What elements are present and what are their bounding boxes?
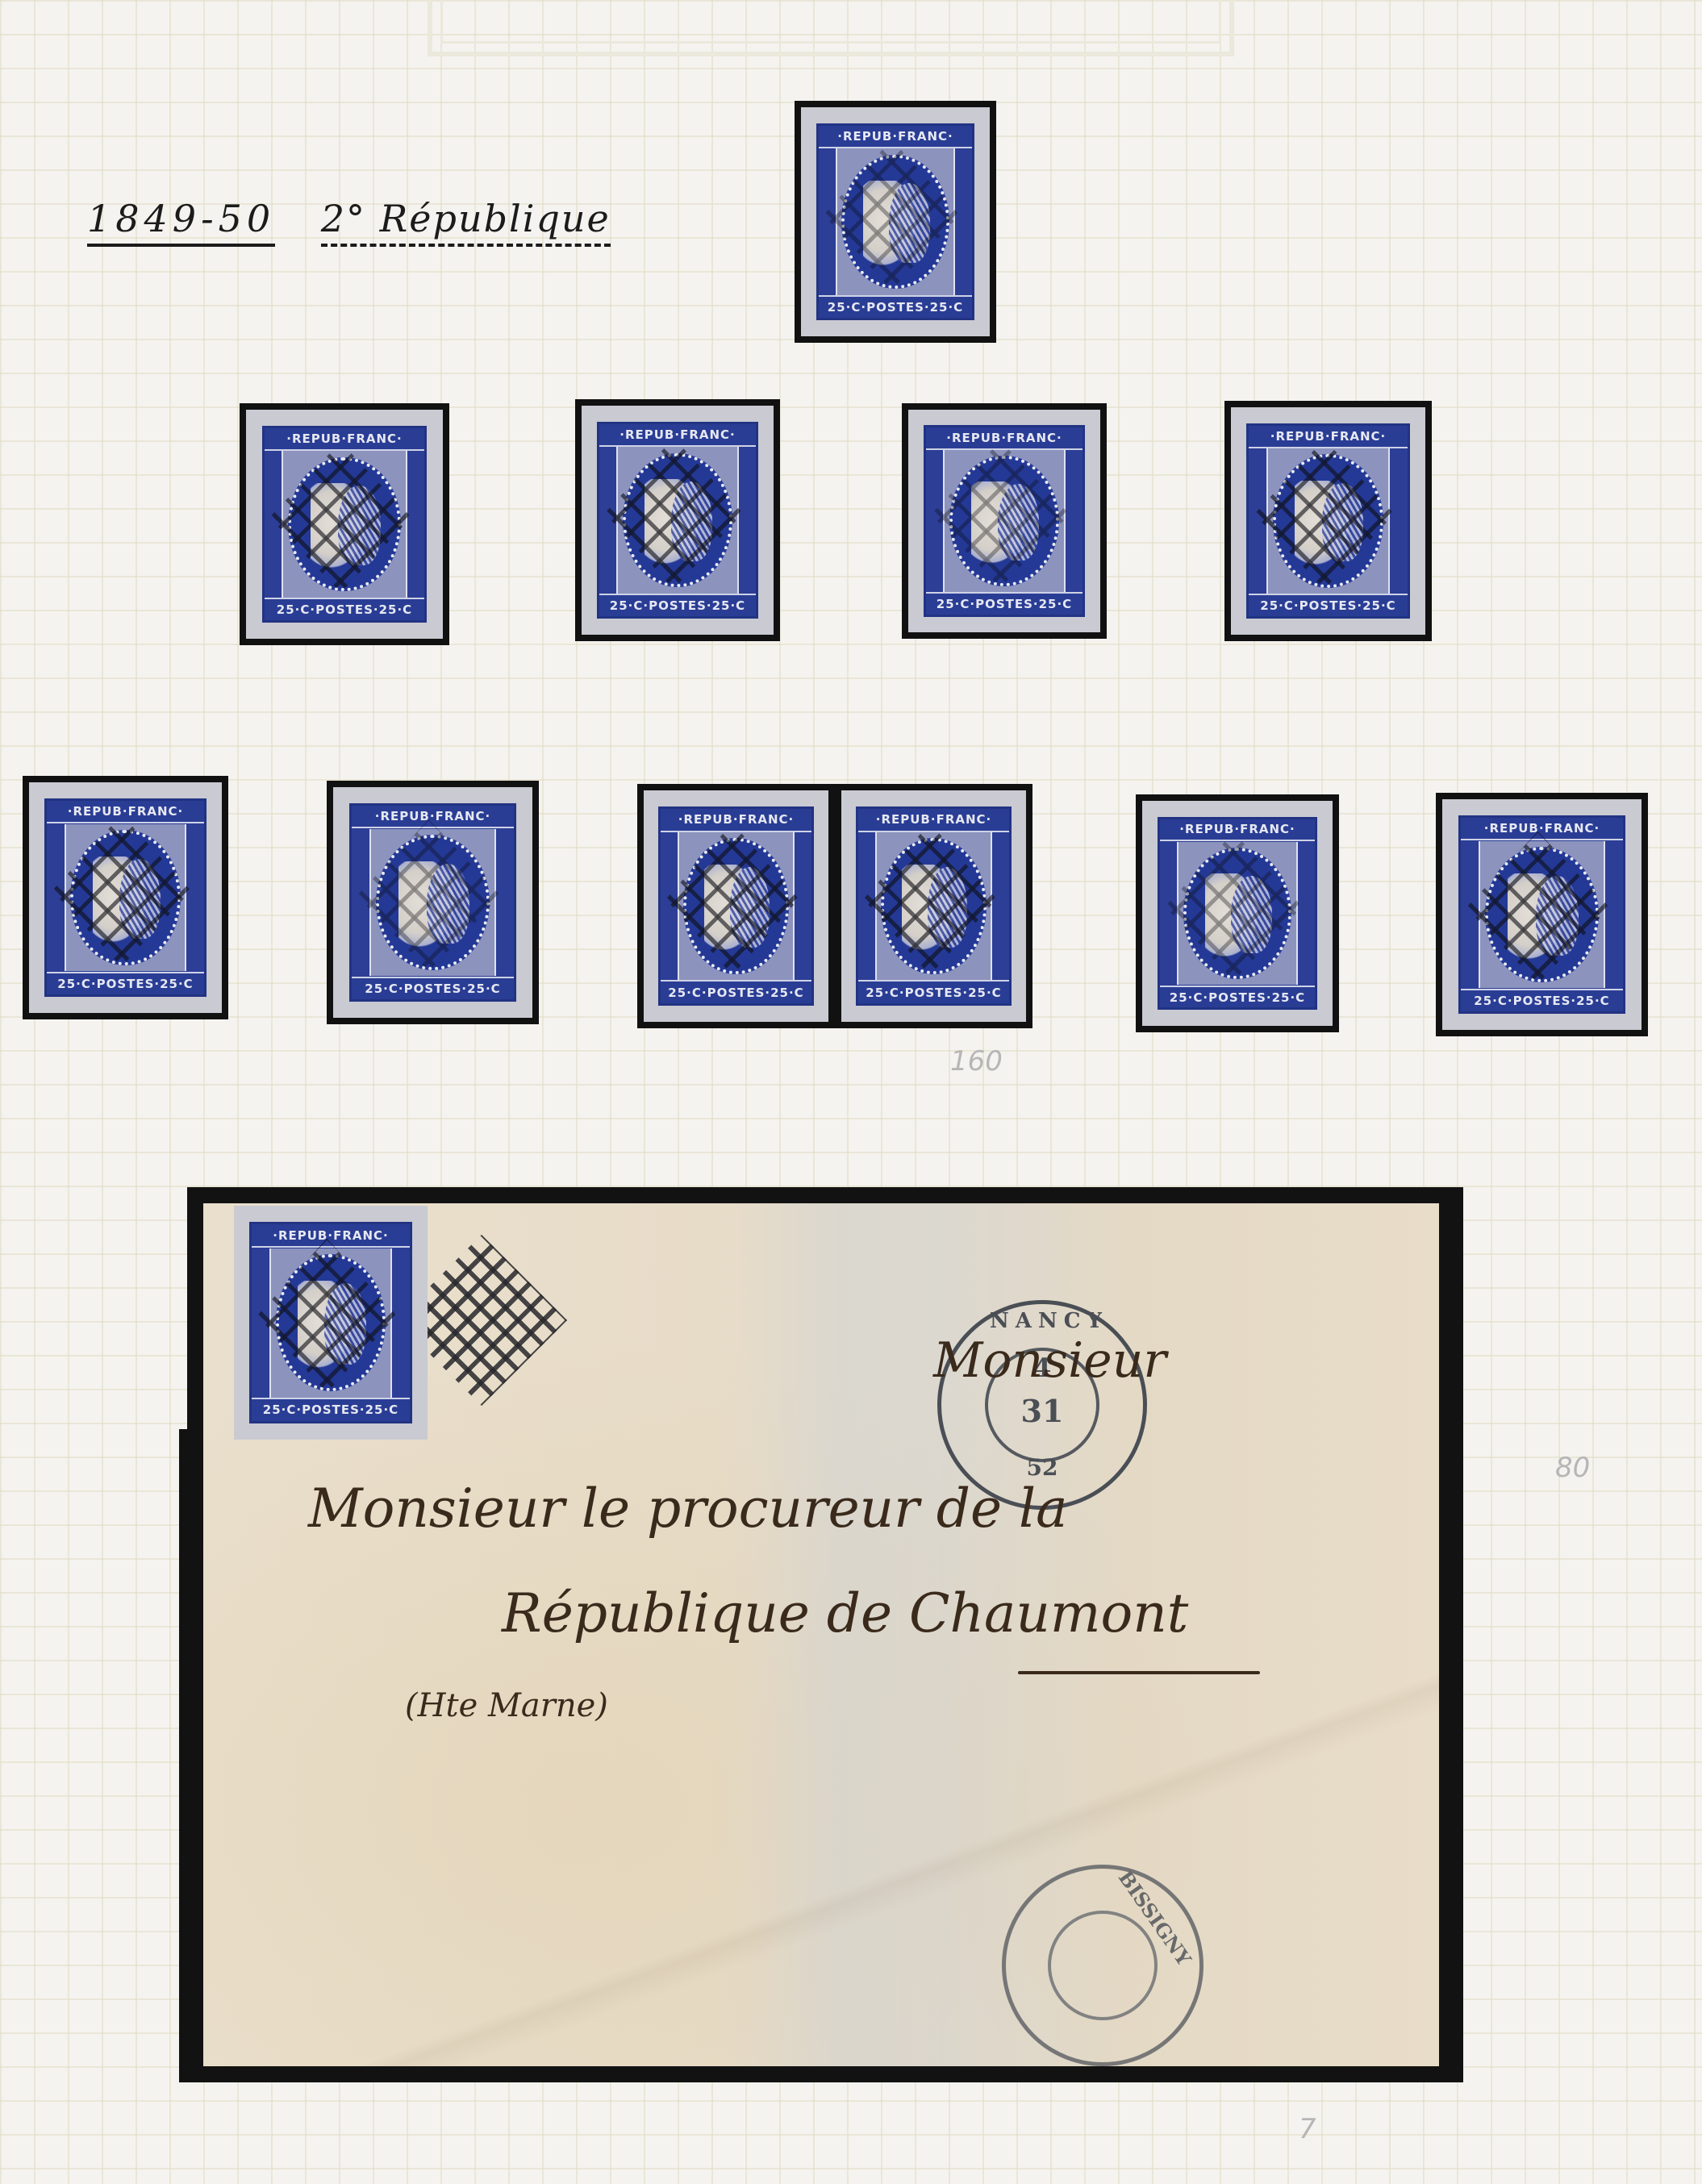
- stamp-bottom-inscription: 25·C·POSTES·25·C: [819, 295, 973, 318]
- address-underline: [1018, 1671, 1260, 1674]
- album-header-frame: [428, 0, 1234, 56]
- stamp-s1: ·REPUB·FRANC· 25·C·POSTES·25·C: [801, 107, 990, 336]
- stamp-bottom-inscription: 25·C·POSTES·25·C: [1461, 989, 1624, 1011]
- address-line-1: Monsieur le procureur de la: [308, 1478, 1067, 1540]
- stamp-bottom-inscription: 25·C·POSTES·25·C: [858, 980, 1008, 1002]
- stamp-bottom-inscription: 25·C·POSTES·25·C: [47, 972, 204, 994]
- stamp-s5: ·REPUB·FRANC· 25·C·POSTES·25·C: [1231, 407, 1425, 635]
- page-heading: 1849-50 2° République: [87, 197, 611, 247]
- stamp-s7: ·REPUB·FRANC· 25·C·POSTES·25·C: [333, 787, 532, 1018]
- pencil-note-bottom: 7: [1299, 2113, 1316, 2145]
- address-line-2: République de Chaumont: [502, 1582, 1188, 1644]
- stamp-s2: ·REPUB·FRANC· 25·C·POSTES·25·C: [246, 410, 443, 639]
- address-addressee: Monsieur: [933, 1332, 1166, 1389]
- stamp-bottom-inscription: 25·C·POSTES·25·C: [599, 594, 756, 616]
- stamp-bottom-inscription: 25·C·POSTES·25·C: [352, 977, 515, 999]
- cover-stamp: ·REPUB·FRANC· 25·C·POSTES·25·C: [234, 1206, 428, 1440]
- stamp-bottom-inscription: 25·C·POSTES·25·C: [252, 1398, 410, 1421]
- address-line-3: (Hte Marne): [405, 1687, 608, 1724]
- stamp-s10: ·REPUB·FRANC· 25·C·POSTES·25·C: [1142, 801, 1333, 1026]
- stamp-s6: ·REPUB·FRANC· 25·C·POSTES·25·C: [29, 782, 222, 1013]
- pencil-note-cover: 80: [1555, 1452, 1590, 1484]
- postmark-transit: BISSIGNY: [1002, 1865, 1203, 2066]
- stamp-s9: ·REPUB·FRANC· 25·C·POSTES·25·C: [841, 790, 1026, 1022]
- stamp-bottom-inscription: 25·C·POSTES·25·C: [265, 598, 425, 620]
- stamp-s4: ·REPUB·FRANC· 25·C·POSTES·25·C: [908, 410, 1100, 632]
- heading-title: 2° République: [321, 197, 611, 247]
- stamp-bottom-inscription: 25·C·POSTES·25·C: [1160, 986, 1315, 1008]
- stamp-s3: ·REPUB·FRANC· 25·C·POSTES·25·C: [582, 406, 774, 635]
- stamp-s8: ·REPUB·FRANC· 25·C·POSTES·25·C: [644, 790, 828, 1022]
- stamp-s11: ·REPUB·FRANC· 25·C·POSTES·25·C: [1442, 799, 1642, 1030]
- stamp-bottom-inscription: 25·C·POSTES·25·C: [661, 980, 811, 1002]
- pencil-note-price: 160: [950, 1045, 1003, 1077]
- stamp-bottom-inscription: 25·C·POSTES·25·C: [926, 592, 1083, 614]
- stamp-bottom-inscription: 25·C·POSTES·25·C: [1249, 594, 1407, 616]
- heading-years: 1849-50: [87, 197, 275, 247]
